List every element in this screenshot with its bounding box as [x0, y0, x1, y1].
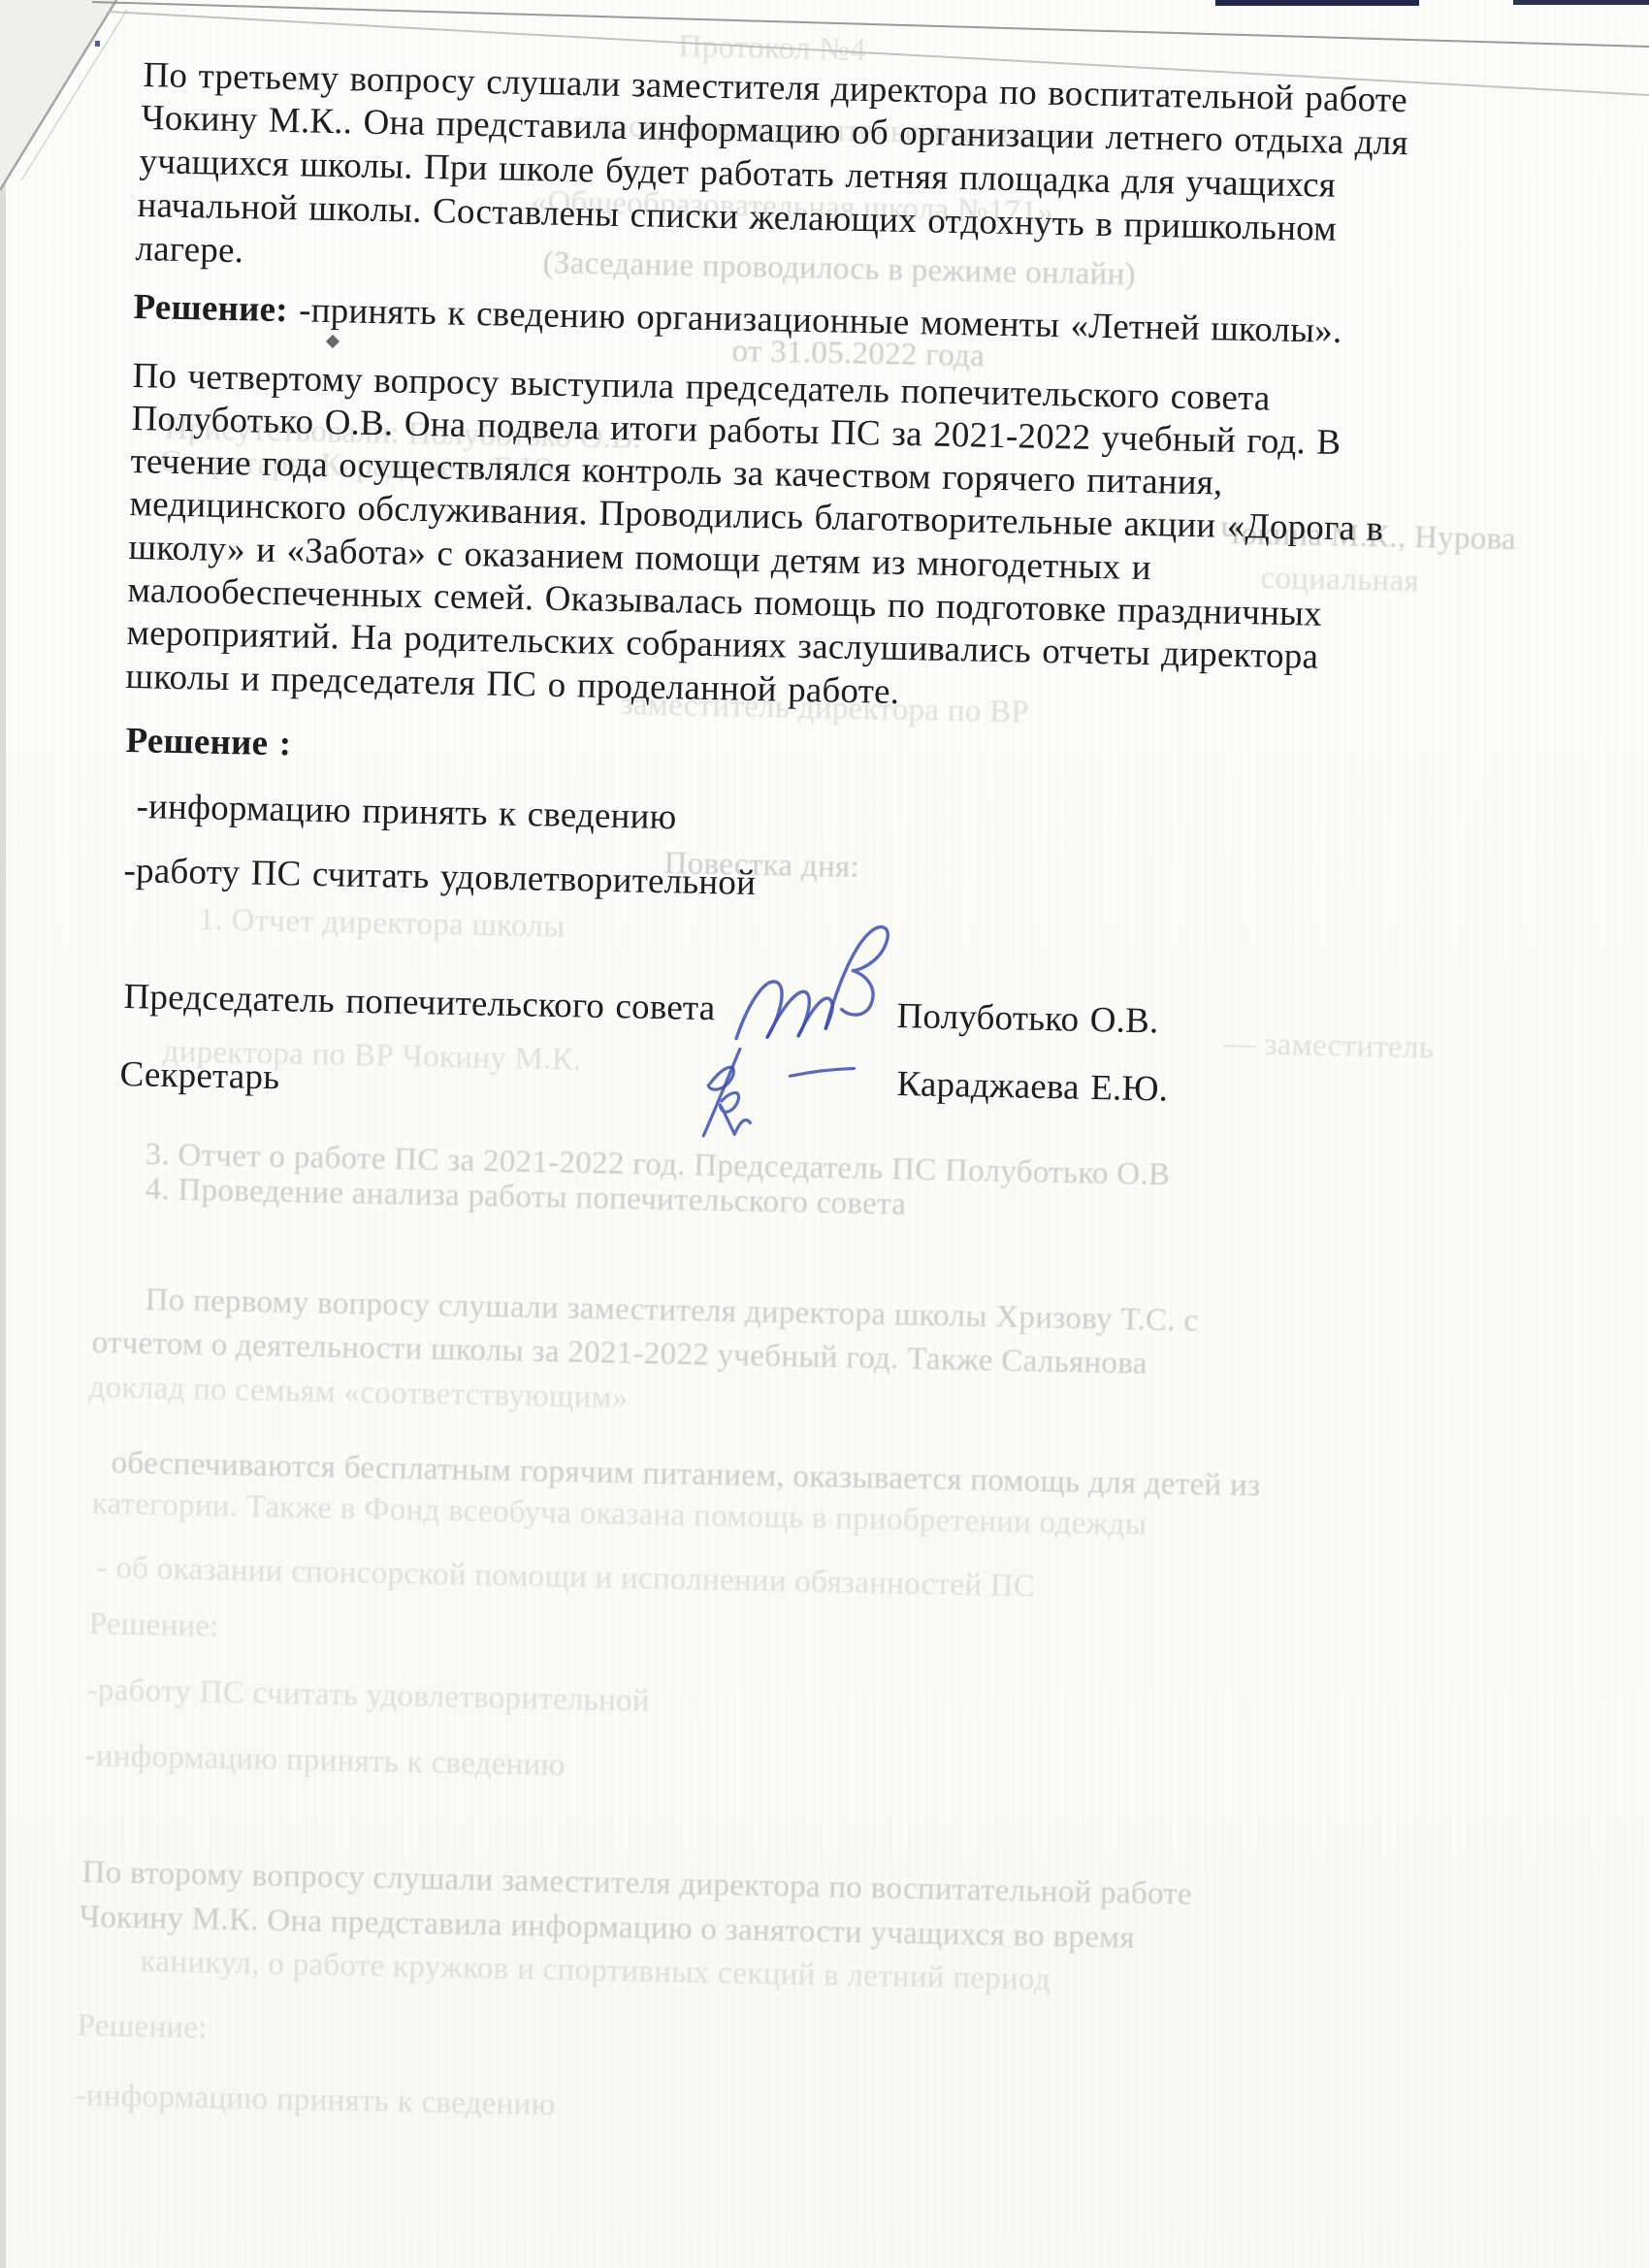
scanner-dark-segment-1: [1215, 0, 1419, 6]
bleed-through-line: -информацию принять к сведению: [75, 2078, 556, 2122]
handwritten-signature-secretary: [676, 1042, 872, 1147]
signature-name-chair: Полуботько О.В.: [896, 997, 1159, 1042]
signature-role-secretary: Секретарь: [119, 1055, 279, 1098]
scanner-dark-segment-2: [1513, 0, 1649, 5]
signature-name-secretary: Караджаева Е.Ю.: [896, 1065, 1168, 1110]
sheet-edge-line-1: [92, 2, 1649, 47]
dust-speck-small: [95, 41, 100, 47]
bleed-through-line: -информацию принять к сведению: [84, 1738, 566, 1783]
bleed-through-line: Решение:: [77, 2008, 208, 2046]
bleed-through-line: Протокол №4: [678, 29, 866, 68]
decision-label: Решение:: [133, 287, 288, 330]
bleed-through-line: Решение:: [88, 1606, 219, 1644]
decision-label: Решение :: [125, 722, 291, 764]
bleed-through-line: доклад по семьям «соответствующим»: [88, 1370, 629, 1415]
signature-role-chair: Председатель попечительского совета: [123, 978, 716, 1029]
corner-crease-line: [21, 10, 127, 180]
dust-speck: [326, 335, 339, 348]
left-edge-strip: [0, 0, 6, 2268]
bleed-through-line: — заместитель: [1223, 1026, 1434, 1066]
bleed-through-line: 1. Отчет директора школы: [198, 902, 566, 945]
bleed-through-line: - об оказании спонсорской помощи и испол…: [96, 1550, 1035, 1604]
paragraph-line: лагере.: [135, 230, 243, 272]
bleed-through-line: каникул, о работе кружков и спортивных с…: [140, 1944, 1051, 1997]
corner-edge-line: [0, 0, 116, 190]
folded-corner: [0, 0, 118, 190]
bleed-through-line: (Заседание проводилось в режиме онлайн): [542, 245, 1136, 293]
bleed-through-line: -работу ПС считать удовлетворительной: [86, 1672, 650, 1719]
scanned-page: Протокол №4 заседания попечительского со…: [0, 0, 1649, 2268]
decision-item: -работу ПС считать удовлетворительной: [123, 852, 756, 904]
handwritten-signature-chair: [727, 918, 903, 1056]
decision-item: -информацию принять к сведению: [136, 788, 677, 838]
